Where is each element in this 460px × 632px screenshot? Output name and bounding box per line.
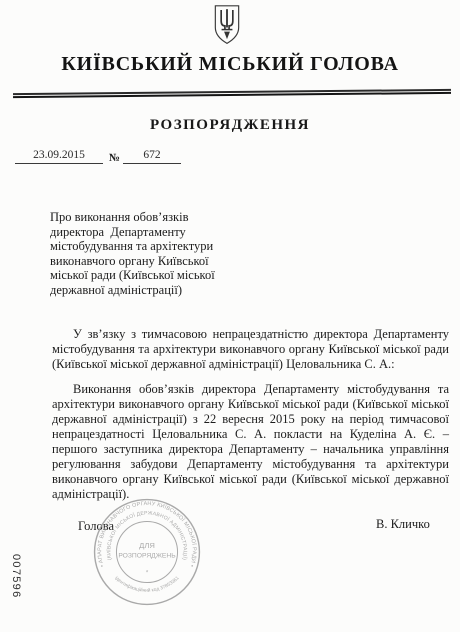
document-number: 672 — [123, 149, 181, 164]
subject-line: міської ради (Київської міської — [50, 268, 215, 283]
round-office-stamp: • АПАРАТ ВИКОНАВЧОГО ОРГАНУ КИЇВСЬКОЇ МІ… — [91, 495, 203, 609]
body-paragraph-1: У зв’язку з тимчасовою непрацездатністю … — [52, 327, 449, 372]
number-sign-label: № — [109, 152, 120, 164]
subject-line: виконавчого органу Київської — [50, 254, 215, 269]
stamp-center-line2: РОЗПОРЯДЖЕНЬ — [118, 553, 176, 560]
stamp-center-line1: ДЛЯ — [139, 541, 155, 550]
header-divider — [13, 89, 451, 98]
stamp-ring-bottom-text: ідентифікаційний код 37853361 — [113, 575, 180, 594]
subject-line: Про виконання обов’язків — [50, 210, 215, 225]
scanned-document-page: КИЇВСЬКИЙ МІСЬКИЙ ГОЛОВА РОЗПОРЯДЖЕННЯ 2… — [0, 0, 460, 632]
document-type-title: РОЗПОРЯДЖЕННЯ — [0, 117, 460, 134]
subject-block: Про виконання обов’язків директора Депар… — [50, 210, 215, 298]
ukraine-trident-icon — [212, 3, 242, 47]
body-paragraph-2: Виконання обов’язків директора Департаме… — [52, 382, 449, 502]
organization-title: КИЇВСЬКИЙ МІСЬКИЙ ГОЛОВА — [0, 53, 460, 76]
signature-name: В. Кличко — [376, 517, 430, 532]
registration-serial-number: 007596 — [10, 554, 22, 599]
subject-line: директора Департаменту — [50, 225, 215, 240]
stamp-asterisk: * — [146, 569, 149, 576]
subject-line: державної адміністрації) — [50, 283, 215, 298]
subject-line: містобудування та архітектури — [50, 239, 215, 254]
document-date: 23.09.2015 — [15, 149, 103, 164]
